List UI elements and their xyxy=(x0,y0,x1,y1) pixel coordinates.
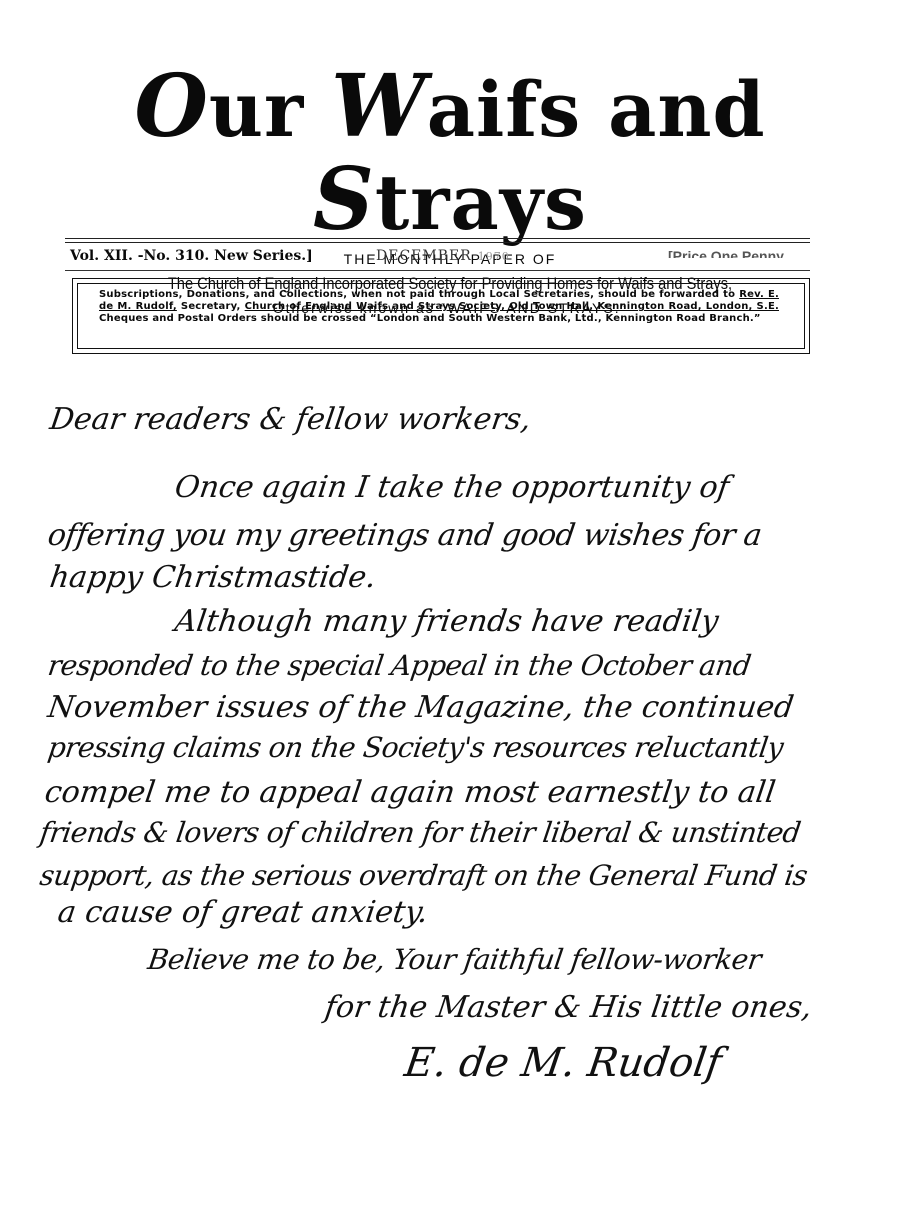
letter-line: November issues of the Magazine, the con… xyxy=(45,690,795,726)
letter-salutation: Dear readers & fellow workers, xyxy=(47,402,533,438)
letter-line: compel me to appeal again most earnestly… xyxy=(42,775,777,811)
letter-closing: Believe me to be, Your faithful fellow-w… xyxy=(145,942,763,978)
letter-line: offering you my greetings and good wishe… xyxy=(45,518,763,554)
letter-line: a cause of great anxiety. xyxy=(55,895,430,931)
handwritten-letter: Dear readers & fellow workers, Once agai… xyxy=(0,0,900,1208)
letter-line: happy Christmastide. xyxy=(47,560,378,596)
letter-line: pressing claims on the Society's resourc… xyxy=(45,730,785,766)
letter-line: Although many friends have readily xyxy=(172,604,720,640)
letter-closing: for the Master & His little ones, xyxy=(322,990,814,1026)
letter-line: responded to the special Appeal in the O… xyxy=(45,648,752,684)
letter-line: support, as the serious overdraft on the… xyxy=(37,858,809,894)
signature: E. de M. Rudolf xyxy=(402,1045,723,1081)
letter-line: Once again I take the opportunity of xyxy=(172,470,731,506)
letter-line: friends & lovers of children for their l… xyxy=(37,815,802,851)
